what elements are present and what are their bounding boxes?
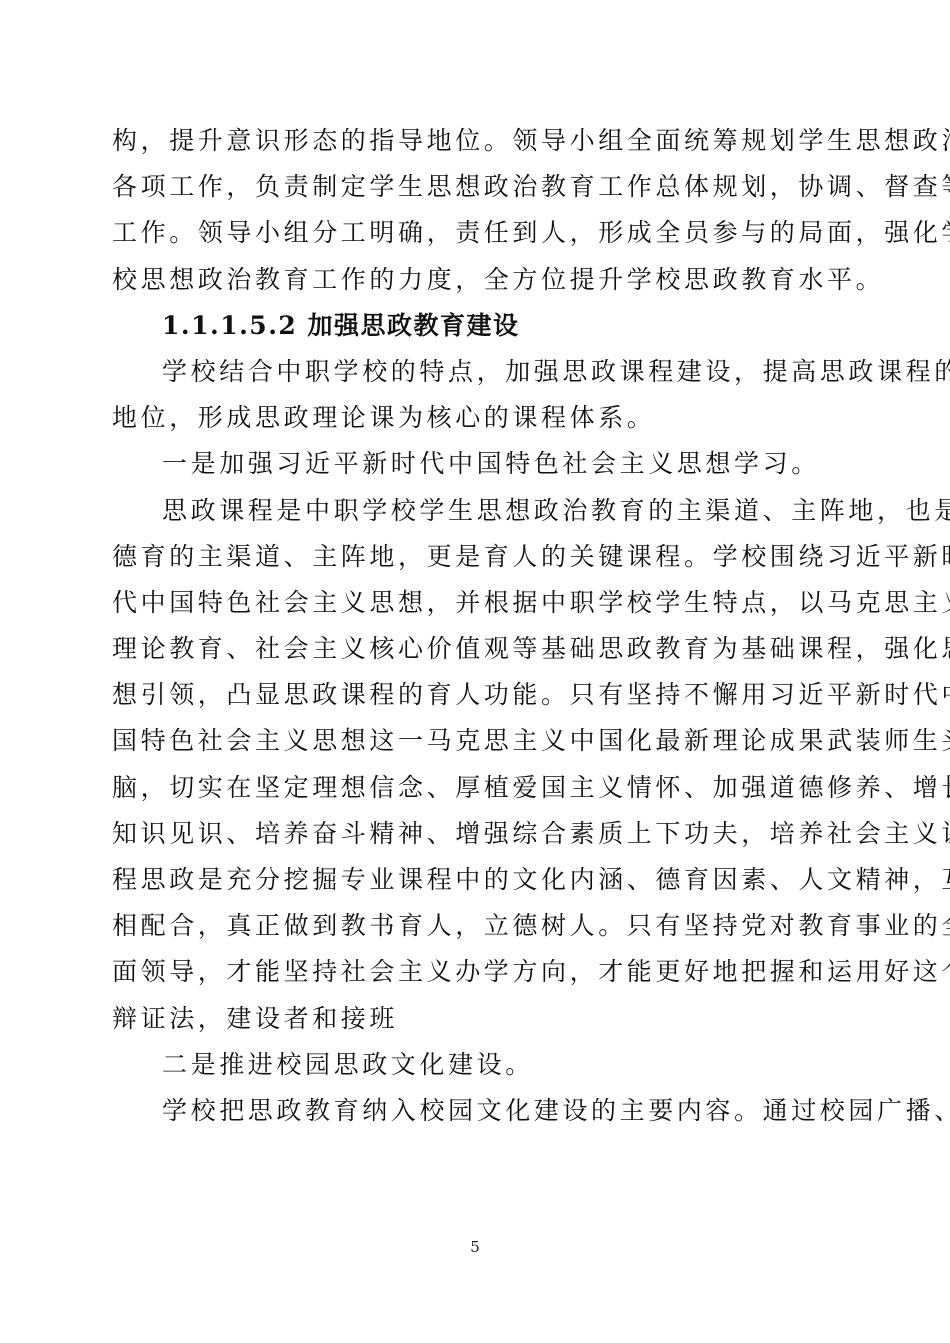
paragraph-line: 各项工作，负责制定学生思想政治教育工作总体规划，协调、督查等 bbox=[112, 164, 838, 210]
paragraph-line: 程思政是充分挖掘专业课程中的文化内涵、德育因素、人文精神，互 bbox=[112, 857, 838, 903]
paragraph-line: 代中国特色社会主义思想，并根据中职学校学生特点，以马克思主义 bbox=[112, 580, 838, 626]
paragraph-line: 学校把思政教育纳入校园文化建设的主要内容。通过校园广播、 bbox=[112, 1088, 838, 1134]
paragraph-line: 想引领，凸显思政课程的育人功能。只有坚持不懈用习近平新时代中 bbox=[112, 672, 838, 718]
subheading-line: 一是加强习近平新时代中国特色社会主义思想学习。 bbox=[112, 441, 838, 487]
paragraph-line: 辩证法，建设者和接班 bbox=[112, 996, 838, 1042]
subheading-line: 二是推进校园思政文化建设。 bbox=[112, 1042, 838, 1088]
paragraph-line: 脑，切实在坚定理想信念、厚植爱国主义情怀、加强道德修养、增长 bbox=[112, 765, 838, 811]
section-heading: 1.1.1.5.2 加强思政教育建设 bbox=[112, 303, 838, 349]
paragraph-line: 德育的主渠道、主阵地，更是育人的关键课程。学校围绕习近平新时 bbox=[112, 534, 838, 580]
paragraph-line: 理论教育、社会主义核心价值观等基础思政教育为基础课程，强化思 bbox=[112, 626, 838, 672]
paragraph-line: 构，提升意识形态的指导地位。领导小组全面统筹规划学生思想政治 bbox=[112, 118, 838, 164]
paragraph-line: 思政课程是中职学校学生思想政治教育的主渠道、主阵地，也是 bbox=[112, 488, 838, 534]
paragraph-line: 地位，形成思政理论课为核心的课程体系。 bbox=[112, 395, 838, 441]
document-page: 构，提升意识形态的指导地位。领导小组全面统筹规划学生思想政治 各项工作，负责制定… bbox=[112, 118, 838, 1134]
page-number: 5 bbox=[0, 1238, 950, 1256]
paragraph-line: 面领导，才能坚持社会主义办学方向，才能更好地把握和运用好这个 bbox=[112, 949, 838, 995]
paragraph-line: 相配合，真正做到教书育人，立德树人。只有坚持党对教育事业的全 bbox=[112, 903, 838, 949]
paragraph-line: 校思想政治教育工作的力度，全方位提升学校思政教育水平。 bbox=[112, 257, 838, 303]
paragraph-line: 工作。领导小组分工明确，责任到人，形成全员参与的局面，强化学 bbox=[112, 210, 838, 256]
paragraph-line: 知识见识、培养奋斗精神、增强综合素质上下功夫，培养社会主义课 bbox=[112, 811, 838, 857]
paragraph-line: 国特色社会主义思想这一马克思主义中国化最新理论成果武装师生头 bbox=[112, 718, 838, 764]
paragraph-line: 学校结合中职学校的特点，加强思政课程建设，提高思政课程的 bbox=[112, 349, 838, 395]
